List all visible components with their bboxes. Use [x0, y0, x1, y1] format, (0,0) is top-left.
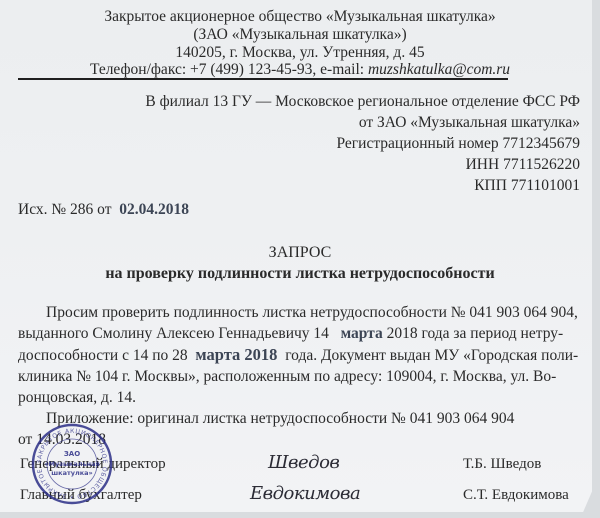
company-full-name: Закрытое акционерное общество «Музыкальн…: [0, 8, 600, 26]
header-divider: [18, 78, 508, 80]
body-line-4: клиника № 104 г. Москвы», расположенным …: [18, 366, 556, 388]
body-line-3: доспособности с 14 по 28 марта 2018 года…: [18, 344, 578, 367]
body-text: доспособности с 14 по 28: [18, 347, 188, 364]
outgoing-date: 02.04.2018: [119, 201, 189, 218]
body-text: 2018 года за период нетру-: [387, 325, 564, 342]
company-email: muzshkatulka@com.ru: [368, 61, 510, 78]
body-text: выданного Смолину Алексею Геннадьевичу 1…: [18, 325, 329, 342]
addressee-line: В филиал 13 ГУ — Московское региональное…: [145, 91, 580, 113]
outgoing-number: Исх. № 286 от 02.04.2018: [18, 199, 189, 221]
contacts-prefix: Телефон/факс: +7 (499) 123-45-93, e-mail…: [90, 61, 368, 78]
body-line-5: ронцовская, д. 14.: [18, 387, 136, 409]
company-seal-stamp: ЗАКРЫТОЕ АКЦИОНЕРНОЕ ОБЩЕСТВО • ЗАКРЫТОЕ…: [31, 423, 113, 505]
svg-text:«Музыкальная: «Музыкальная: [44, 460, 99, 468]
body-text: года. Документ выдан МУ «Городская поли-: [285, 347, 578, 364]
svg-text:ЗАО: ЗАО: [64, 450, 80, 458]
document-title: ЗАПРОС: [0, 244, 600, 262]
filled-month-year: марта 2018: [195, 345, 277, 364]
company-contacts: Телефон/факс: +7 (499) 123-45-93, e-mail…: [0, 61, 600, 79]
signature-accountant: Евдокимова: [250, 483, 360, 504]
signature-director: Шведов: [268, 452, 339, 473]
signature-name-director: Т.Б. Шведов: [463, 456, 541, 473]
body-line-1: Просим проверить подлинность листка нетр…: [46, 302, 578, 324]
company-address: 140205, г. Москва, ул. Утренняя, д. 45: [0, 44, 600, 62]
addressee-line: ИНН 7711526220: [466, 154, 580, 176]
attachment-line: Приложение: оригинал листка нетрудоспосо…: [46, 408, 514, 430]
letter-sheet: Закрытое акционерное общество «Музыкальн…: [0, 0, 592, 512]
svg-text:шкатулка»: шкатулка»: [51, 469, 92, 477]
document-subtitle: на проверку подлинности листка нетрудосп…: [0, 265, 600, 283]
signature-name-accountant: С.Т. Евдокимова: [463, 487, 569, 504]
outgoing-label: Исх. № 286 от: [18, 201, 111, 218]
company-short-name: (ЗАО «Музыкальная шкатулка»): [0, 26, 600, 44]
addressee-line: Регистрационный номер 7712345679: [337, 133, 581, 155]
addressee-line: от ЗАО «Музыкальная шкатулка»: [359, 112, 580, 134]
filled-month: марта: [341, 325, 383, 342]
body-line-2: выданного Смолину Алексею Геннадьевичу 1…: [18, 323, 563, 345]
addressee-line: КПП 771101001: [474, 175, 580, 197]
